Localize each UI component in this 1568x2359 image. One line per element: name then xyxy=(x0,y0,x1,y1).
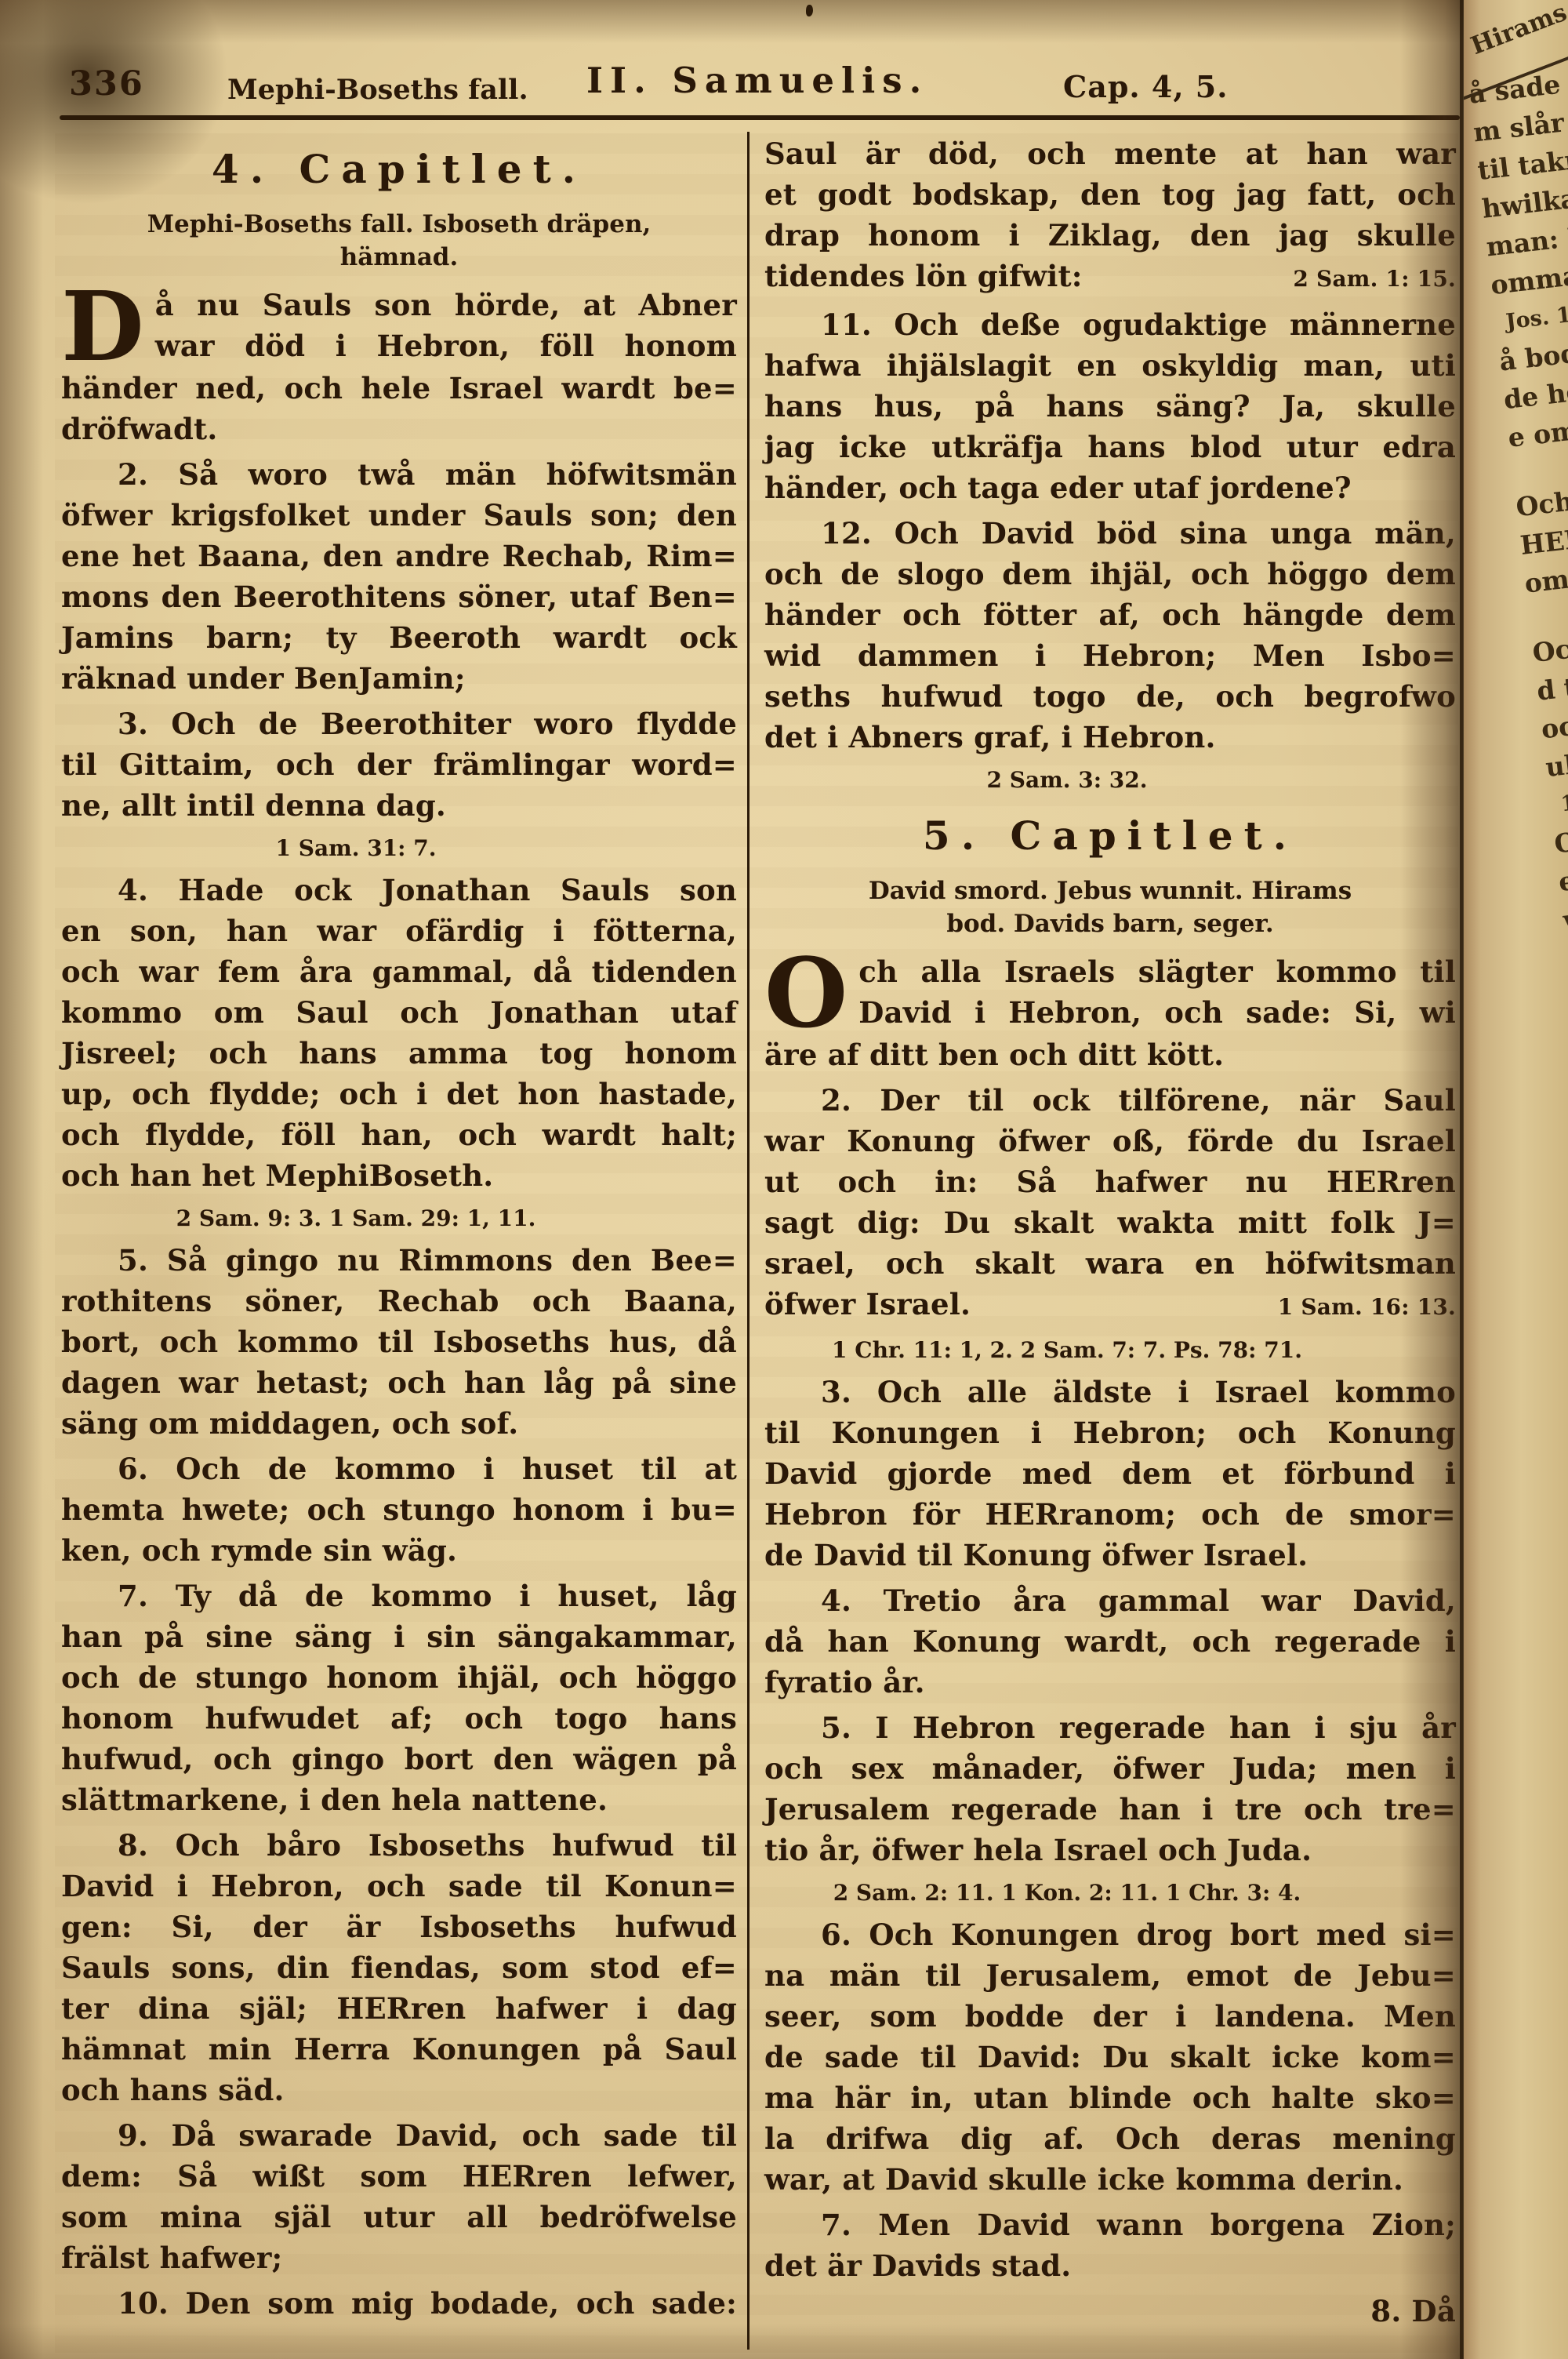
book-title: II. Samuelis. xyxy=(586,60,928,101)
text-line: fyratio år. xyxy=(764,1662,1456,1703)
text-line: hemta hwete; och stungo honom i bu= xyxy=(61,1489,737,1530)
text-line: då han Konung wardt, och regerade i xyxy=(764,1621,1456,1662)
text-line: ch alla Israels slägter kommo til xyxy=(764,951,1456,992)
text-line: Saul är död, och mente at han war xyxy=(764,133,1456,174)
text-line: äre af ditt ben och ditt kött. xyxy=(764,1034,1456,1075)
verse-paragraph: 7. Men David wann borgena Zion;det är Da… xyxy=(764,2205,1456,2286)
verse-paragraph: 5. I Hebron regerade han i sju åroch sex… xyxy=(764,1707,1456,1870)
verse-paragraph: 12. Och David böd sina unga män,och de s… xyxy=(764,513,1456,758)
text-line: öfwer krigsfolket under Sauls son; den xyxy=(61,495,737,536)
text-line: up, och flydde; och i det hon hastade, xyxy=(61,1074,737,1114)
verse-paragraph: händer ned, och hele Israel wardt be=drö… xyxy=(61,368,737,449)
text-line: 7. Men David wann borgena Zion; xyxy=(764,2205,1456,2245)
verse-paragraph: 6. Och de kommo i huset til athemta hwet… xyxy=(61,1448,737,1571)
text-line: ut och in: Så hafwer nu HERren xyxy=(764,1161,1456,1202)
text-line: tio år, öfwer hela Israel och Juda. xyxy=(764,1830,1456,1870)
left-vignette xyxy=(0,0,43,2359)
text-line: hufwud, och gingo bort den wägen på xyxy=(61,1739,737,1779)
chapter-summary: Mephi-Boseths fall. Isboseth dräpen,hämn… xyxy=(61,208,737,274)
scripture-reference: 2 Sam. 3: 32. xyxy=(764,762,1456,798)
text-line: frälst hafwer; xyxy=(61,2237,737,2278)
verse-paragraph: Då nu Sauls son hörde, at Abnerwar död i… xyxy=(61,285,737,366)
text-line: dem: Så wißt som HERren lefwer, xyxy=(61,2156,737,2197)
text-line: 12. Och David böd sina unga män, xyxy=(764,513,1456,554)
column-divider-rule xyxy=(747,132,750,2350)
text-line: 5. Så gingo nu Rimmons den Bee= xyxy=(61,1240,737,1281)
text-line: 4. Tretio åra gammal war David, xyxy=(764,1580,1456,1621)
text-line: händer ned, och hele Israel wardt be= xyxy=(61,368,737,409)
ink-speck xyxy=(806,5,813,16)
text-line: en son, han war ofärdig i fötterna, xyxy=(61,911,737,951)
page-number: 336 xyxy=(69,64,144,104)
text-line: 4. Hade ock Jonathan Sauls son xyxy=(61,870,737,911)
text-line: dröfwadt. xyxy=(61,409,737,449)
text-line: och hans säd. xyxy=(61,2070,737,2110)
adjacent-page-edge: Hirams bod å sade Davm slår de Jtil takr… xyxy=(1464,0,1568,2359)
text-line: seths hufwud togo de, och begrofwo xyxy=(764,676,1456,717)
text-line: Jisreel; och hans amma tog honom xyxy=(61,1033,737,1074)
text-line: 3. Och de Beerothiter woro flydde xyxy=(61,703,737,744)
adjacent-page-text: å sade Davm slår de Jtil takrännohwilka … xyxy=(1467,49,1568,2147)
verse-paragraph: Saul är död, och mente at han waret godt… xyxy=(764,133,1456,300)
text-line: och war fem åra gammal, då tidenden xyxy=(61,951,737,992)
running-head: Mephi-Boseths fall. xyxy=(227,74,528,106)
scripture-reference: 2 Sam. 9: 3. 1 Sam. 29: 1, 11. xyxy=(61,1201,737,1237)
text-line: han på sine säng i sin sängakammar, xyxy=(61,1616,737,1657)
text-line: räknad under BenJamin; xyxy=(61,658,737,699)
adjacent-running-head: Hirams bod xyxy=(1467,0,1568,60)
text-line: hafwa ihjälslagit en oskyldig man, uti xyxy=(764,345,1456,386)
verse-paragraph: 7. Ty då de kommo i huset, låghan på sin… xyxy=(61,1576,737,1820)
text-line: de sade til David: Du skalt icke kom= xyxy=(764,2037,1456,2077)
text-line: 6. Och Konungen drog bort med si= xyxy=(764,1914,1456,1955)
catchword: 8. Då xyxy=(764,2291,1456,2332)
summary-line: hämnad. xyxy=(61,241,737,274)
text-line: 5. I Hebron regerade han i sju år xyxy=(764,1707,1456,1748)
scripture-reference: 2 Sam. 1: 15. xyxy=(1293,259,1456,300)
chapter-heading: 4. Capitlet. xyxy=(61,146,737,192)
summary-line: David smord. Jebus wunnit. Hirams xyxy=(764,874,1456,907)
summary-line: Mephi-Boseths fall. Isboseth dräpen, xyxy=(61,208,737,241)
text-line: seer, som bodde der i landena. Men xyxy=(764,1996,1456,2037)
verse-paragraph: Och alla Israels slägter kommo tilDavid … xyxy=(764,951,1456,1033)
text-line: bort, och kommo til Isboseths hus, då xyxy=(61,1321,737,1362)
text-line: 2. Så woro twå män höfwitsmän xyxy=(61,454,737,495)
scripture-reference: 2 Sam. 2: 11. 1 Kon. 2: 11. 1 Chr. 3: 4. xyxy=(764,1875,1456,1911)
text-line: 7. Ty då de kommo i huset, låg xyxy=(61,1576,737,1616)
text-line: slättmarkene, i den hela nattene. xyxy=(61,1779,737,1820)
text-line: Hebron för HERranom; och de smor= xyxy=(764,1494,1456,1535)
verse-paragraph: 8. Och båro Isboseths hufwud tilDavid i … xyxy=(61,1825,737,2110)
text-line: et godt bodskap, den tog jag fatt, och xyxy=(764,174,1456,215)
text-line: til Konungen i Hebron; och Konung xyxy=(764,1412,1456,1453)
scripture-reference: 1 Sam. 16: 13. xyxy=(1278,1287,1456,1328)
text-line: David gjorde med dem et förbund i xyxy=(764,1453,1456,1494)
text-line: Jamins barn; ty Beeroth wardt ock xyxy=(61,617,737,658)
text-line: det i Abners graf, i Hebron. xyxy=(764,717,1456,758)
verse-paragraph: 2. Der til ock tilförene, när Saulwar Ko… xyxy=(764,1080,1456,1328)
header-rule xyxy=(60,115,1460,120)
text-line: David i Hebron, och sade: Si, wi xyxy=(764,992,1456,1033)
verse-paragraph: 3. Och alle äldste i Israel kommotil Kon… xyxy=(764,1372,1456,1576)
text-line: Sauls sons, din fiendas, som stod ef= xyxy=(61,1947,737,1988)
text-line: och han het MephiBoseth. xyxy=(61,1155,737,1196)
text-line: 9. Då swarade David, och sade til xyxy=(61,2115,737,2156)
text-line: det är Davids stad. xyxy=(764,2245,1456,2286)
verse-paragraph: 6. Och Konungen drog bort med si=na män … xyxy=(764,1914,1456,2200)
text-line: händer och fötter af, och hängde dem xyxy=(764,594,1456,635)
summary-line: bod. Davids barn, seger. xyxy=(764,907,1456,940)
verse-text: tidendes lön gifwit: xyxy=(764,256,1083,296)
text-line: tidendes lön gifwit:2 Sam. 1: 15. xyxy=(764,256,1456,300)
text-line: kommo om Saul och Jonathan utaf xyxy=(61,992,737,1033)
verse-paragraph: äre af ditt ben och ditt kött. xyxy=(764,1034,1456,1075)
text-line: ter dina själ; HERren hafwer i dag xyxy=(61,1988,737,2029)
text-line: 6. Och de kommo i huset til at xyxy=(61,1448,737,1489)
text-line: som mina själ utur all bedröfwelse xyxy=(61,2197,737,2237)
text-line: ken, och rymde sin wäg. xyxy=(61,1530,737,1571)
text-line: war död i Hebron, föll honom xyxy=(61,325,737,366)
text-line: och de slogo dem ihjäl, och höggo dem xyxy=(764,554,1456,594)
text-line: dagen war hetast; och han låg på sine xyxy=(61,1362,737,1403)
verse-text: öfwer Israel. xyxy=(764,1284,971,1325)
text-line: 8. Och båro Isboseths hufwud til xyxy=(61,1825,737,1866)
right-text-column: Saul är död, och mente at han waret godt… xyxy=(764,133,1456,2332)
text-line: å nu Sauls son hörde, at Abner xyxy=(61,285,737,325)
text-line: hämnat min Herra Konungen på Saul xyxy=(61,2029,737,2070)
text-line: ma här in, utan blinde och halte sko= xyxy=(764,2077,1456,2118)
text-line: drap honom i Ziklag, den jag skulle xyxy=(764,215,1456,256)
top-vignette xyxy=(0,0,1568,43)
text-line: 3. Och alle äldste i Israel kommo xyxy=(764,1372,1456,1412)
text-line: war, at David skulle icke komma derin. xyxy=(764,2159,1456,2200)
text-line: säng om middagen, och sof. xyxy=(61,1403,737,1444)
chapter-summary: David smord. Jebus wunnit. Hiramsbod. Da… xyxy=(764,874,1456,940)
verse-paragraph: 4. Tretio åra gammal war David,då han Ko… xyxy=(764,1580,1456,1703)
text-line: och de stungo honom ihjäl, och höggo xyxy=(61,1657,737,1698)
verse-paragraph: 5. Så gingo nu Rimmons den Bee=rothitens… xyxy=(61,1240,737,1444)
text-line: la drifwa dig af. Och deras mening xyxy=(764,2118,1456,2159)
verse-paragraph: 9. Då swarade David, och sade tildem: Så… xyxy=(61,2115,737,2278)
text-line: David i Hebron, och sade til Konun= xyxy=(61,1866,737,1906)
text-line: jag icke utkräfja hans blod utur edra xyxy=(764,427,1456,467)
text-line: wid dammen i Hebron; Men Isbo= xyxy=(764,635,1456,676)
scripture-reference: 1 Sam. 31: 7. xyxy=(61,831,737,867)
text-line: war Konung öfwer oß, förde du Israel xyxy=(764,1121,1456,1161)
verse-paragraph: 10. Den som mig bodade, och sade: xyxy=(61,2283,737,2324)
left-text-column: 4. Capitlet.Mephi-Boseths fall. Isboseth… xyxy=(61,132,737,2328)
text-line: 10. Den som mig bodade, och sade: xyxy=(61,2283,737,2324)
text-line: och sex månader, öfwer Juda; men i xyxy=(764,1748,1456,1789)
verse-paragraph: 11. Och deße ogudaktige männernehafwa ih… xyxy=(764,304,1456,508)
text-line: til Gittaim, och der främlingar word= xyxy=(61,744,737,785)
text-line: ne, allt intil denna dag. xyxy=(61,785,737,826)
verse-paragraph: 4. Hade ock Jonathan Sauls sonen son, ha… xyxy=(61,870,737,1196)
text-line: rothitens söner, Rechab och Baana, xyxy=(61,1281,737,1321)
text-line: sagt dig: Du skalt wakta mitt folk J= xyxy=(764,1202,1456,1243)
drop-cap: D xyxy=(61,289,144,363)
scripture-reference: 1 Chr. 11: 1, 2. 2 Sam. 7: 7. Ps. 78: 71… xyxy=(764,1332,1456,1369)
text-line: mons den Beerothitens söner, utaf Ben= xyxy=(61,576,737,617)
text-line: händer, och taga eder utaf jordene? xyxy=(764,467,1456,508)
text-line: öfwer Israel.1 Sam. 16: 13. xyxy=(764,1284,1456,1328)
verse-paragraph: 3. Och de Beerothiter woro flyddetil Git… xyxy=(61,703,737,826)
text-line: ene het Baana, den andre Rechab, Rim= xyxy=(61,536,737,576)
text-line: Jerusalem regerade han i tre och tre= xyxy=(764,1789,1456,1830)
text-line: och flydde, föll han, och wardt halt; xyxy=(61,1114,737,1155)
chapter-heading: 5. Capitlet. xyxy=(764,812,1456,859)
scanned-bible-page: { "page": { "number": "336", "running_he… xyxy=(0,0,1568,2359)
text-line: honom hufwudet af; och togo hans xyxy=(61,1698,737,1739)
text-line: 11. Och deße ogudaktige männerne xyxy=(764,304,1456,345)
text-line: hans hus, på hans säng? Ja, skulle xyxy=(764,386,1456,427)
text-line: na män til Jerusalem, emot de Jebu= xyxy=(764,1955,1456,1996)
text-line: de David til Konung öfwer Israel. xyxy=(764,1535,1456,1576)
text-line: srael, och skalt wara en höfwitsman xyxy=(764,1243,1456,1284)
verse-paragraph: 2. Så woro twå män höfwitsmänöfwer krigs… xyxy=(61,454,737,699)
text-line: gen: Si, der är Isboseths hufwud xyxy=(61,1906,737,1947)
text-line: 2. Der til ock tilförene, när Saul xyxy=(764,1080,1456,1121)
drop-cap: O xyxy=(764,956,848,1030)
chapter-reference: Cap. 4, 5. xyxy=(1063,69,1228,104)
